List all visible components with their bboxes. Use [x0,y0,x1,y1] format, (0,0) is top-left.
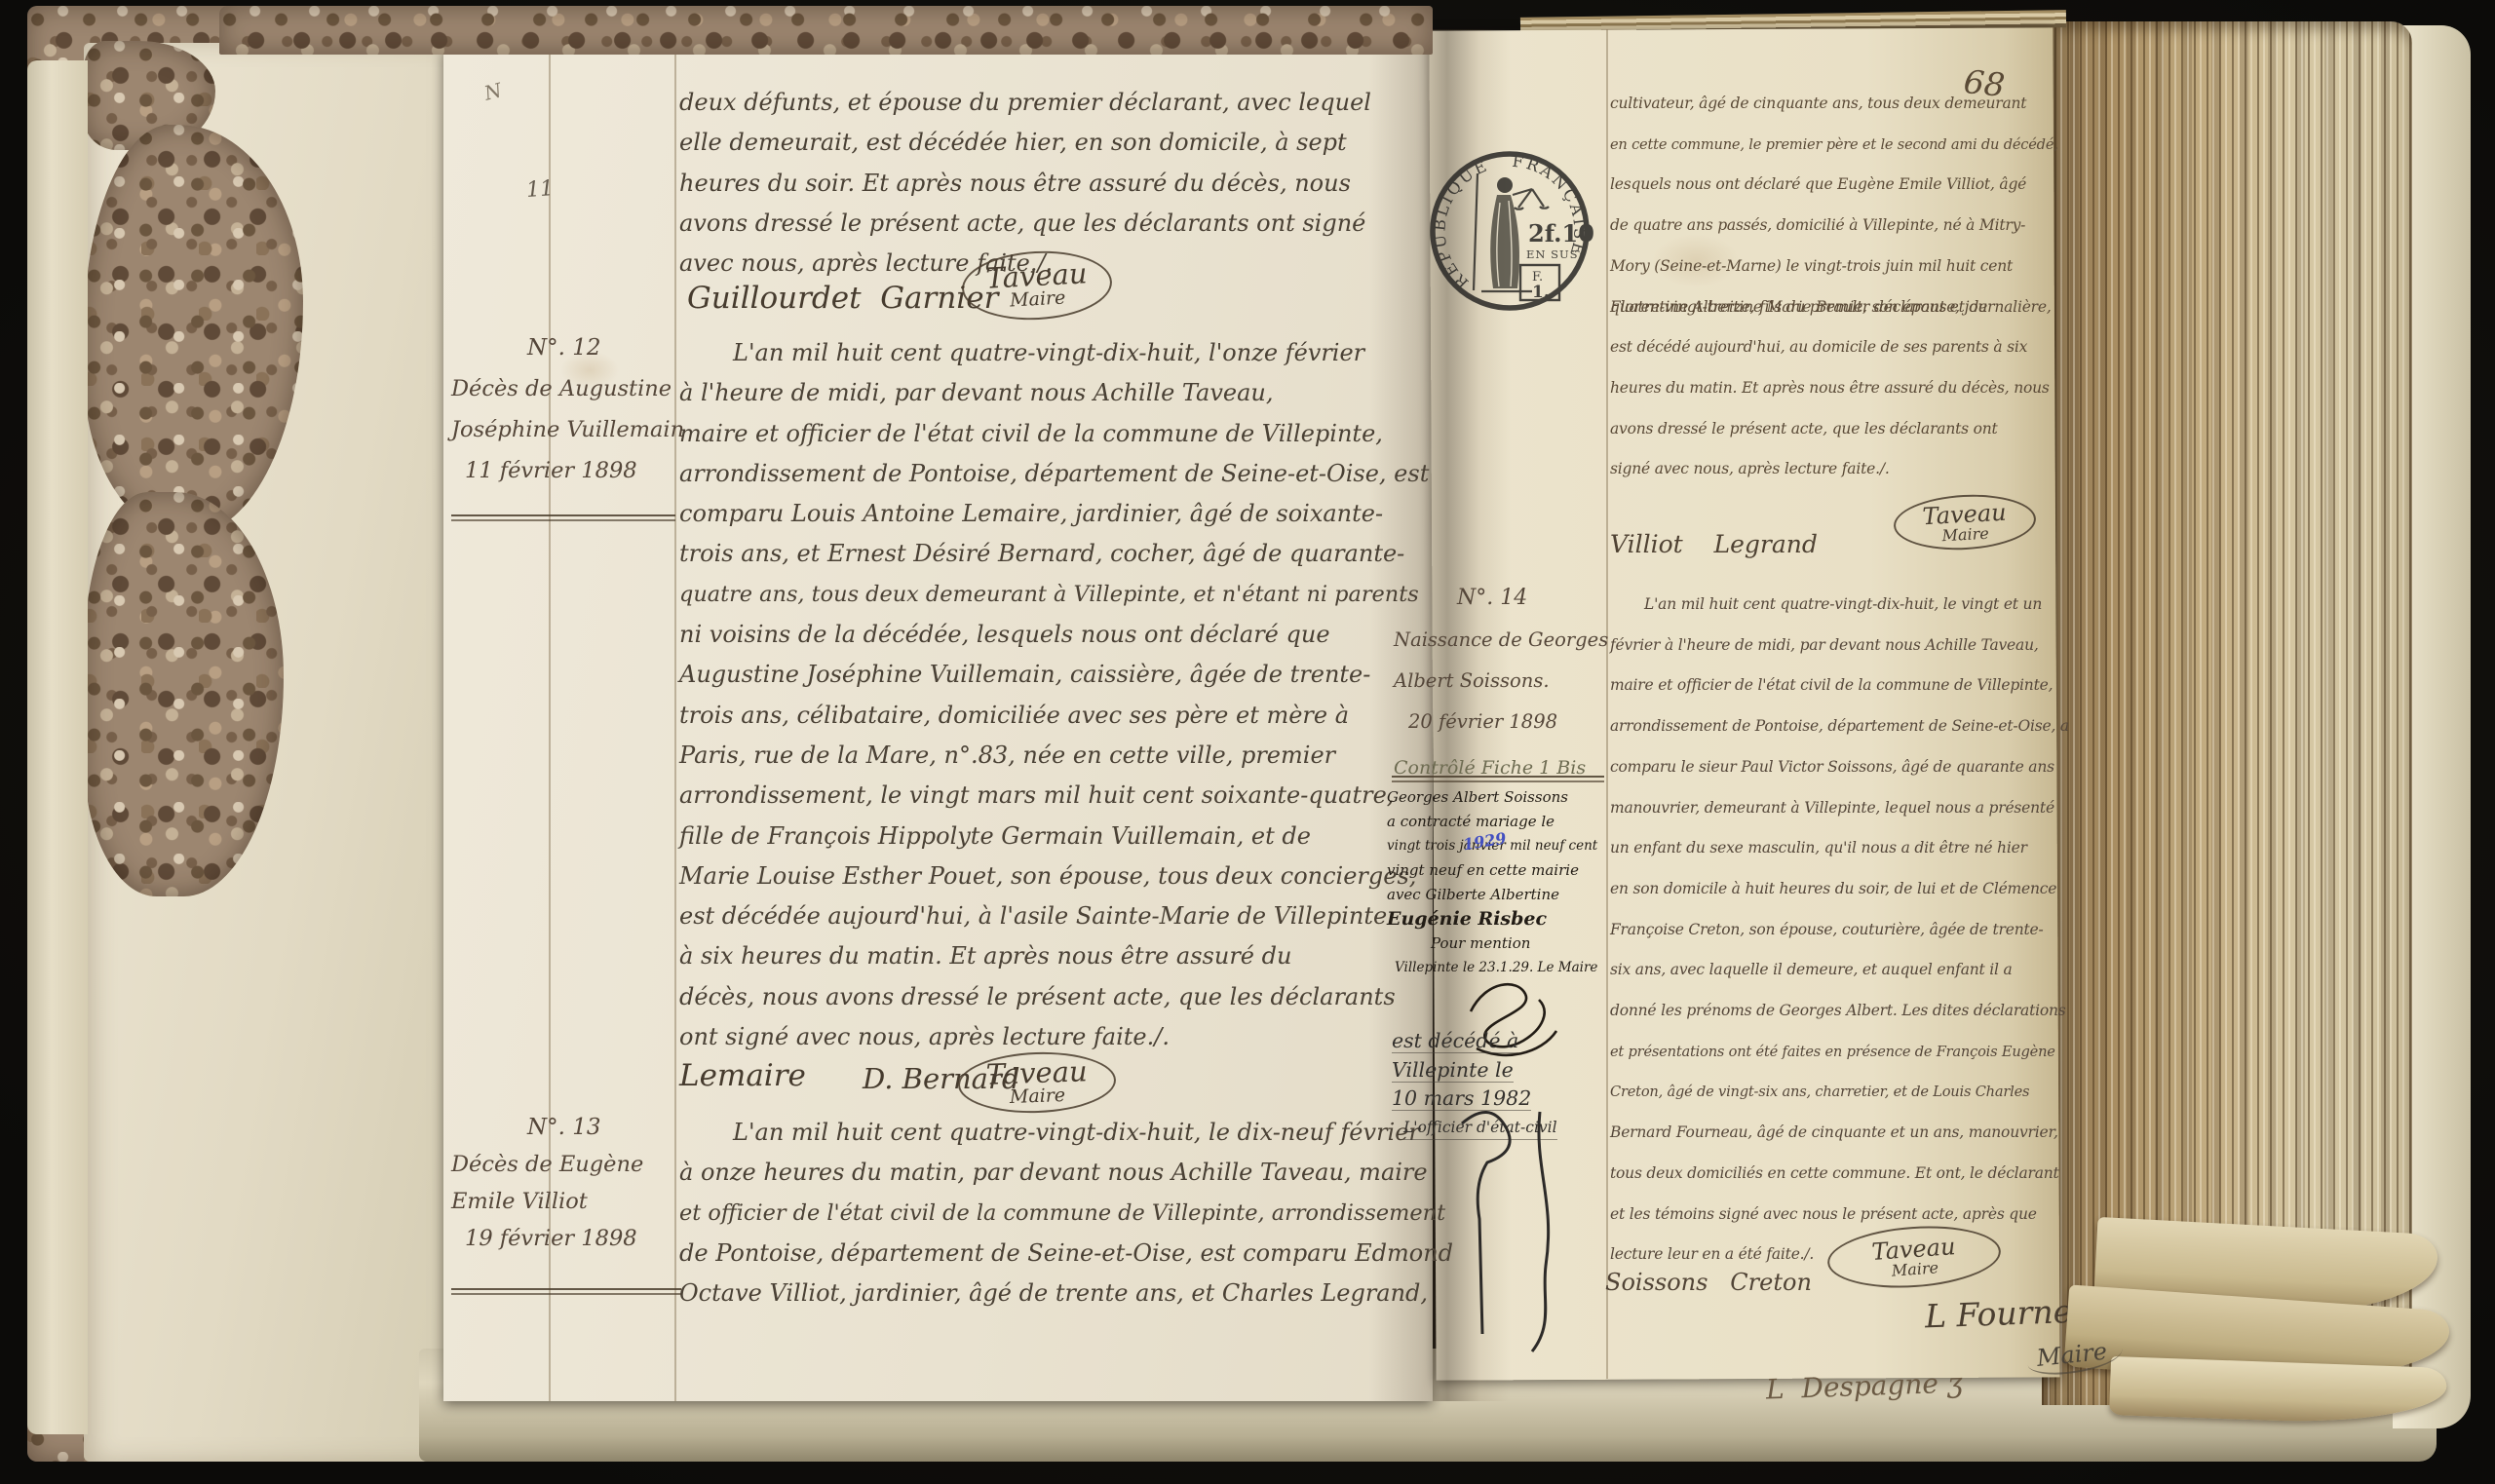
mention-line: Eugénie Risbec [1387,907,1621,932]
manuscript-line: un enfant du sexe masculin, qu'il nous a… [1610,828,2035,869]
manuscript-line: en son domicile à huit heures du soir, d… [1610,869,2035,910]
manuscript-line: trois ans, célibataire, domiciliée avec … [679,696,1432,736]
entry-14-text-block: L'an mil huit cent quatre-vingt-dix-huit… [1610,585,2035,1275]
mention-line: Pour mention [1387,932,1621,956]
mayor-title: Maire [1941,525,1989,542]
entry-12-text-block: L'an mil huit cent quatre-vingt-dix-huit… [679,333,1432,1057]
manuscript-line: Paris, rue de la Mare, n°.83, née en cet… [679,736,1432,776]
manuscript-line: de quatre ans passés, domicilié à Villep… [1610,206,2035,247]
entry-13-continued-text-block: cultivateur, âgé de cinquante ans, tous … [1610,84,2035,490]
margin-note-line: 11 février 1898 [451,450,677,491]
manuscript-line: six ans, avec laquelle il demeure, et au… [1610,950,2035,991]
mention-line: vingt neuf en cette mairie [1387,858,1621,883]
entry-number-14: N°. 14 [1457,578,1527,619]
registry-spread: N 11 deux défunts, et épouse du premier … [443,29,2056,1401]
manuscript-line: donné les prénoms de Georges Albert. Les… [1610,991,2035,1032]
control-underline-rule [1392,776,1604,782]
manuscript-line: cultivateur, âgé de cinquante ans, tous … [1610,84,2035,125]
margin-note-line: Albert Soissons. [1394,661,1613,702]
manuscript-line: maire et officier de l'état civil de la … [679,414,1432,454]
manuscript-line: Marie Louise Esther Pouet, son épouse, t… [679,856,1432,896]
manuscript-line: arrondissement de Pontoise, département … [679,454,1432,494]
manuscript-line: Creton, âgé de vingt-six ans, charretier… [1610,1072,2035,1113]
manuscript-line: et officier de l'état civil de la commun… [679,1194,1432,1234]
margin-note-line: Décès de Augustine [451,368,677,409]
manuscript-line: deux défunts, et épouse du premier décla… [679,83,1432,123]
manuscript-line: est décédée aujourd'hui, à l'asile Saint… [679,896,1432,936]
manuscript-line: ont signé avec nous, après lecture faite… [679,1017,1432,1057]
stamp-arc-left-text: RÉPUBLIQUE [1430,156,1491,292]
manuscript-line: avons dressé le présent acte, que les dé… [679,204,1432,244]
manuscript-line: Françoise Creton, son épouse, couturière… [1610,910,2035,951]
manuscript-line: quatre ans, tous deux demeurant à Villep… [679,575,1432,615]
mayor-signature-name: Taveau [985,260,1088,290]
ink-mark: 11 [525,176,555,203]
entry-number-13: N°. 13 [451,1109,677,1146]
entry-number-12: N°. 12 [451,327,677,368]
mayor-signature-name: Taveau [1871,1236,1956,1263]
mention-line: Georges Albert Soissons [1387,785,1621,810]
manuscript-line: lesquels nous ont déclaré que Eugène Emi… [1610,165,2035,206]
mayor-title: Maire [1010,1086,1066,1106]
mayor-title: Maire [1891,1260,1938,1277]
witness-signature-lemaire: Lemaire [679,1058,806,1093]
marbled-paper-top-strip [219,6,1433,55]
fiscal-stamp: RÉPUBLIQUE FRANÇAISE 2f.10 EN SUS [1423,144,1596,318]
svg-text:EN SUS: EN SUS [1526,247,1579,261]
marriage-mention-note: Georges Albert Soissons a contracté mari… [1387,785,1621,980]
manuscript-line: Mory (Seine-et-Marne) le vingt-trois jui… [1610,247,2035,287]
manuscript-line: est décédé aujourd'hui, au domicile de s… [1610,327,2035,368]
svg-text:1.: 1. [1532,283,1550,302]
manuscript-line: de Pontoise, département de Seine-et-Ois… [679,1234,1432,1274]
manuscript-line: à l'heure de midi, par devant nous Achil… [679,373,1432,413]
margin-note-line: 19 février 1898 [451,1220,677,1257]
manuscript-line: heures du matin. Et après nous être assu… [1610,368,2035,409]
manuscript-line: et les témoins signé avec nous le présen… [1610,1195,2035,1236]
manuscript-line: ni voisins de la décédée, lesquels nous … [679,615,1432,655]
svg-text:2f.10: 2f.10 [1528,219,1594,247]
page-stack-edges [2042,21,2412,1405]
manuscript-line: elle demeurait, est décédée hier, en son… [679,123,1432,163]
manuscript-line: Octave Villiot, jardinier, âgé de trente… [679,1274,1432,1313]
mention-line: avec Gilberte Albertine [1387,883,1621,907]
manuscript-line: en cette commune, le premier père et le … [1610,125,2035,166]
manuscript-line: L'an mil huit cent quatre-vingt-dix-huit… [679,333,1432,373]
margin-note-line: 20 février 1898 [1394,702,1613,742]
manuscript-line: comparu le sieur Paul Victor Soissons, â… [1610,747,2035,788]
manuscript-line: signé avec nous, après lecture faite./. [1610,449,2035,490]
margin-divider-rule [451,1288,681,1295]
witness-signatures-entry-11: Guillourdet Garnier [687,281,998,316]
witness-signatures-entry-13: Villiot Legrand [1610,530,1818,558]
margin-note-line: Naissance de Georges [1394,620,1613,661]
manuscript-line: L'an mil huit cent quatre-vingt-dix-huit… [1610,585,2035,626]
manuscript-line: Augustine Joséphine Vuillemain, caissièr… [679,655,1432,695]
manuscript-line: Bernard Fourneau, âgé de cinquante et un… [1610,1113,2035,1154]
manuscript-line: manouvrier, demeurant à Villepinte, lequ… [1610,788,2035,829]
witness-signatures-entry-14: Soissons Creton [1605,1269,1812,1296]
manuscript-line: fille de François Hippolyte Germain Vuil… [679,817,1432,856]
manuscript-line: heures du soir. Et après nous être assur… [679,164,1432,204]
despagne-signature: L Despagne ʒ [1765,1366,1963,1405]
margin-note-entry-12: N°. 12 Décès de Augustine Joséphine Vuil… [451,327,677,491]
mention-line: est décédé à [1392,1027,1557,1056]
officer-signature-icon [1423,1096,1593,1369]
manuscript-line: avons dressé le présent acte, que les dé… [1610,409,2035,450]
manuscript-line: à six heures du matin. Et après nous êtr… [679,936,1432,976]
left-cover-fore-edge [27,60,88,1434]
mayor-signature-name: Taveau [985,1058,1088,1087]
margin-note-entry-13: N°. 13 Décès de Eugène Emile Villiot 19 … [451,1109,677,1257]
manuscript-line: et présentations ont été faites en prése… [1610,1032,2035,1073]
margin-note-line: Joséphine Vuillemain [451,409,677,450]
manuscript-line: arrondissement de Pontoise, département … [1610,706,2035,747]
margin-note-line: Emile Villiot [451,1183,677,1220]
margin-divider-rule [451,514,675,521]
manuscript-line: février à l'heure de midi, par devant no… [1610,626,2035,666]
margin-note-entry-14: Naissance de Georges Albert Soissons. 20… [1394,620,1613,742]
manuscript-line: à onze heures du matin, par devant nous … [679,1153,1432,1193]
manuscript-line: tous deux domiciliés en cette commune. E… [1610,1154,2035,1195]
margin-note-line: Décès de Eugène [451,1146,677,1183]
manuscript-line: maire et officier de l'état civil de la … [1610,666,2035,706]
manuscript-line: comparu Louis Antoine Lemaire, jardinier… [679,494,1432,534]
mayor-signature-name: Taveau [1922,501,2007,526]
manuscript-line: décès, nous avons dressé le présent acte… [679,977,1432,1017]
svg-text:RÉPUBLIQUE: RÉPUBLIQUE [1430,156,1491,292]
manuscript-line: L'an mil huit cent quatre-vingt-dix-huit… [679,1113,1432,1153]
mayor-title: Maire [1010,288,1066,309]
manuscript-line: trois ans, et Ernest Désiré Bernard, coc… [679,534,1432,574]
manuscript-line: Florentine Albertine Marie Brault, son é… [1610,287,2035,328]
entry-13-text-block: L'an mil huit cent quatre-vingt-dix-huit… [679,1113,1432,1313]
mention-line: Villepinte le [1392,1056,1557,1085]
photograph-of-civil-registry: N 11 deux défunts, et épouse du premier … [0,0,2495,1484]
manuscript-line: arrondissement, le vingt mars mil huit c… [679,776,1432,816]
